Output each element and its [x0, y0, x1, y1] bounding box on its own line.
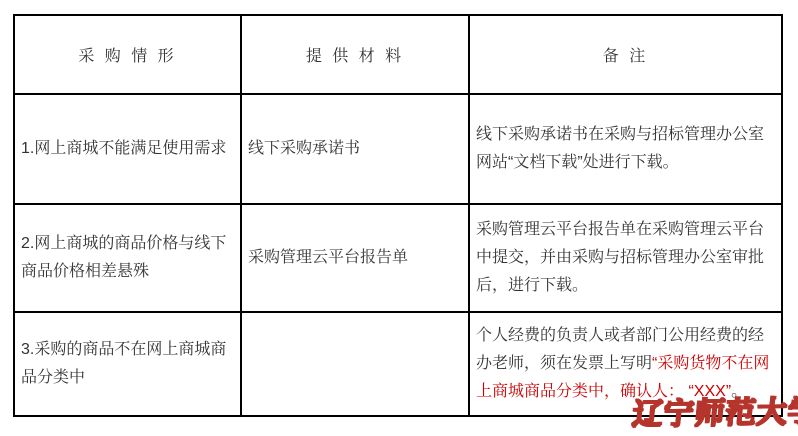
cell-material-3 — [241, 312, 469, 416]
university-watermark: 辽宁师范大学 — [631, 386, 798, 433]
cell-material-2: 采购管理云平台报告单 — [241, 204, 469, 312]
column-header-material: 提 供 材 料 — [241, 15, 469, 94]
table-row: 2.网上商城的商品价格与线下商品价格相差悬殊 采购管理云平台报告单 采购管理云平… — [14, 204, 782, 312]
procurement-rules-table: 采 购 情 形 提 供 材 料 备 注 1.网上商城不能满足使用需求 线下采购承… — [13, 14, 783, 417]
table-row: 1.网上商城不能满足使用需求 线下采购承诺书 线下采购承诺书在采购与招标管理办公… — [14, 94, 782, 204]
column-header-remark: 备 注 — [469, 15, 782, 94]
table-header-row: 采 购 情 形 提 供 材 料 备 注 — [14, 15, 782, 94]
document-page: 采 购 情 形 提 供 材 料 备 注 1.网上商城不能满足使用需求 线下采购承… — [0, 0, 798, 436]
cell-situation-1: 1.网上商城不能满足使用需求 — [14, 94, 241, 204]
cell-situation-2: 2.网上商城的商品价格与线下商品价格相差悬殊 — [14, 204, 241, 312]
cell-material-1: 线下采购承诺书 — [241, 94, 469, 204]
cell-remark-2: 采购管理云平台报告单在采购管理云平台中提交，并由采购与招标管理办公室审批后，进行… — [469, 204, 782, 312]
column-header-situation: 采 购 情 形 — [14, 15, 241, 94]
cell-situation-3: 3.采购的商品不在网上商城商品分类中 — [14, 312, 241, 416]
cell-remark-1: 线下采购承诺书在采购与招标管理办公室网站“文档下载”处进行下载。 — [469, 94, 782, 204]
